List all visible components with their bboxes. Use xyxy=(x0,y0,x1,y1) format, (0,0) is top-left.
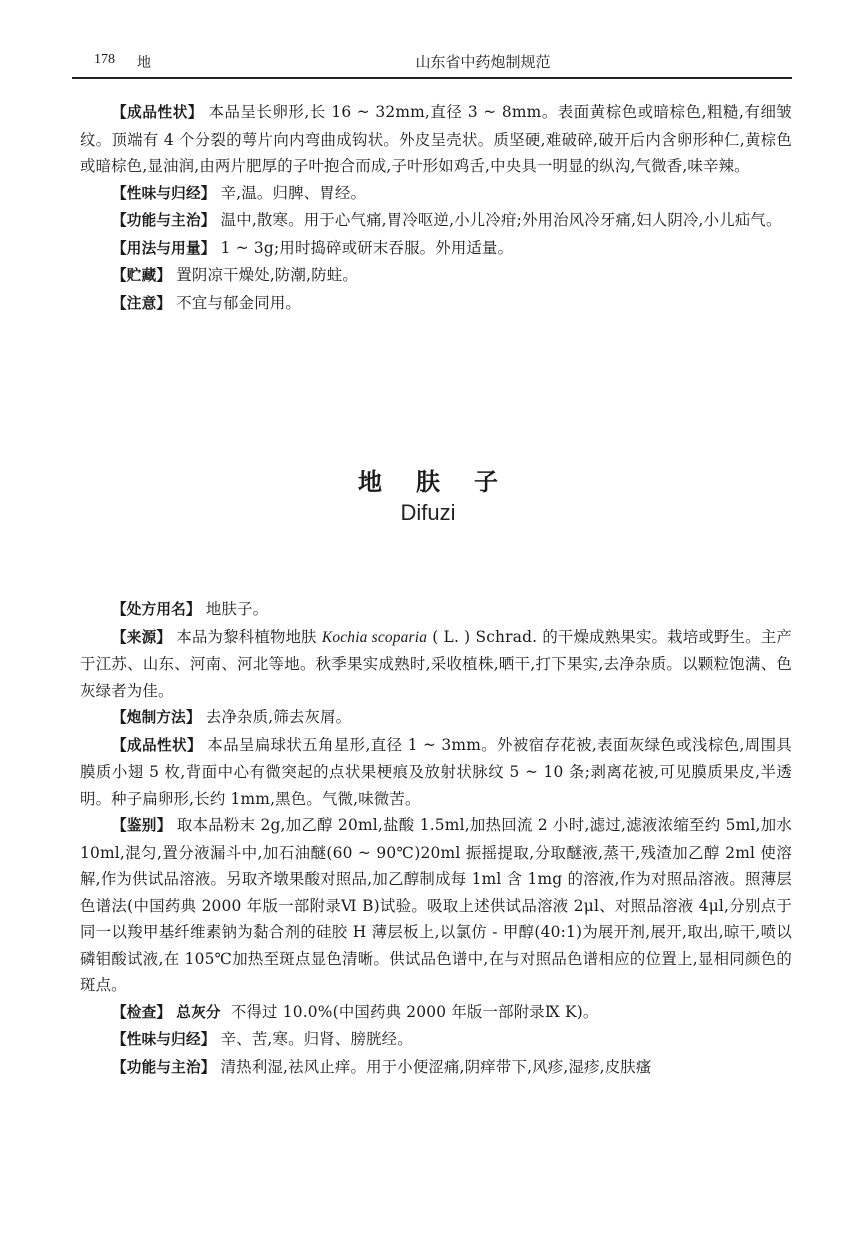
section-prescription-name: 【处方用名】 地肤子。 xyxy=(80,596,792,624)
section-inspection: 【检查】 总灰分 不得过 10.0%(中国药典 2000 年版一部附录Ⅸ K)。 xyxy=(80,999,792,1027)
section-caution-prev: 【注意】 不宜与郁金同用。 xyxy=(80,290,792,318)
section-identification: 【鉴别】 取本品粉末 2g,加乙醇 20ml,盐酸 1.5ml,加热回流 2 小… xyxy=(80,812,792,999)
section-appearance: 【成品性状】 本品呈扁球状五角星形,直径 1 ~ 3mm。外被宿存花被,表面灰绿… xyxy=(80,732,792,813)
running-title: 山东省中药炮制规范 xyxy=(72,51,794,72)
section-dosage-prev: 【用法与用量】 1 ~ 3g;用时捣碎或研末吞服。外用适量。 xyxy=(80,235,792,263)
latin-name: Kochia scoparia xyxy=(322,629,427,646)
section-processing: 【炮制方法】 去净杂质,筛去灰屑。 xyxy=(80,704,792,732)
entry-title-cn: 地肤子 xyxy=(0,462,856,497)
page-header: 178 地 山东省中药炮制规范 xyxy=(72,48,794,78)
entry-title-pinyin: Difuzi xyxy=(0,500,856,526)
prev-entry: 【成品性状】 本品呈长卵形,长 16 ~ 32mm,直径 3 ~ 8mm。表面黄… xyxy=(80,99,792,317)
section-function: 【功能与主治】 清热利湿,祛风止痒。用于小便涩痛,阴痒带下,风疹,湿疹,皮肤瘙 xyxy=(80,1054,792,1082)
section-appearance-prev: 【成品性状】 本品呈长卵形,长 16 ~ 32mm,直径 3 ~ 8mm。表面黄… xyxy=(80,99,792,180)
section-source: 【来源】 本品为黎科植物地肤 Kochia scoparia ( L. ) Sc… xyxy=(80,624,792,705)
section-function-prev: 【功能与主治】 温中,散寒。用于心气痛,胃冷呕逆,小儿冷疳;外用治风冷牙痛,妇人… xyxy=(80,207,792,235)
entry-body: 【处方用名】 地肤子。 【来源】 本品为黎科植物地肤 Kochia scopar… xyxy=(80,596,792,1081)
section-storage-prev: 【贮藏】 置阴凉干燥处,防潮,防蛀。 xyxy=(80,262,792,290)
section-nature: 【性味与归经】 辛、苦,寒。归肾、膀胱经。 xyxy=(80,1026,792,1054)
section-nature-prev: 【性味与归经】 辛,温。归脾、胃经。 xyxy=(80,180,792,208)
header-rule xyxy=(72,77,792,79)
